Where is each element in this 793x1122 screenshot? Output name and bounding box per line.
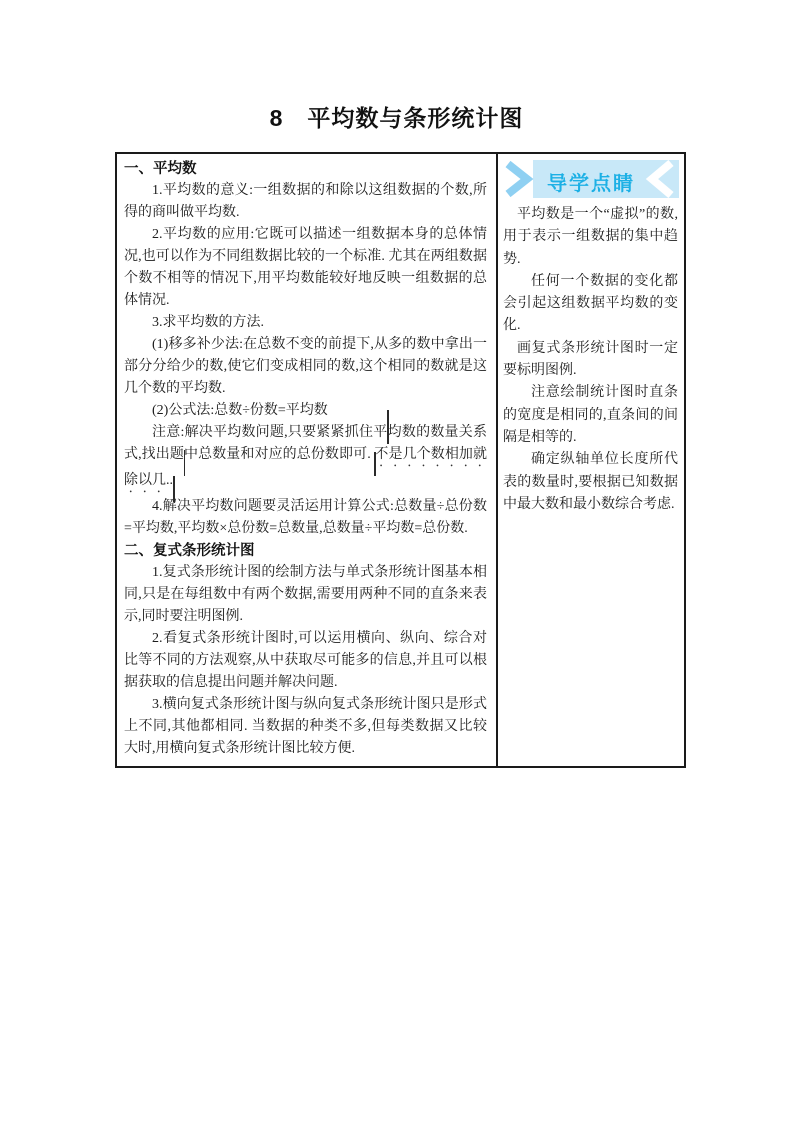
sidebar-note-legend: 画复式条形统计图时一定要标明图例. (503, 338, 678, 383)
summary-table: 一、平均数 1.平均数的意义:一组数据的和除以这组数据的个数,所得的商叫做平均数… (115, 152, 686, 768)
section1-heading: 一、平均数 (124, 158, 487, 180)
sidebar-note-axis: 确定纵轴单位长度所代表的数量时,要根据已知数据中最大数和最小数综合考虑. (503, 449, 678, 516)
notice-text-1: 注意:解决平均数问题,只要紧紧抓住平 (152, 425, 387, 440)
main-notes-column: 一、平均数 1.平均数的意义:一组数据的和除以这组数据的个数,所得的商叫做平均数… (117, 154, 498, 766)
notice-paragraph: 注意:解决平均数问题,只要紧紧抓住平均数的数量关系式,找出题中总数量和对应的总份… (124, 422, 487, 496)
paragraph-method-shift: (1)移多补少法:在总数不变的前提下,从多的数中拿出一部分分给少的数,使它们变成… (124, 334, 487, 400)
paragraph-average-formulas: 4.解决平均数问题要灵活运用计算公式:总数量÷总份数=平均数,平均数×总份数=总… (124, 496, 487, 540)
sidebar-note-barwidth: 注意绘制统计图时直条的宽度是相同的,直条间的间隔是相等的. (503, 382, 678, 449)
paragraph-method-formula: (2)公式法:总数÷份数=平均数 (124, 400, 487, 422)
paragraph-compound-drawing: 1.复式条形统计图的绘制方法与单式条形统计图基本相同,只是在每组数中有两个数据,… (124, 562, 487, 628)
guide-banner: 导学点睛 (503, 160, 679, 198)
document-page: 8 平均数与条形统计图 一、平均数 1.平均数的意义:一组数据的和除以这组数据的… (0, 0, 793, 133)
paragraph-compound-orientation: 3.横向复式条形统计图与纵向复式条形统计图只是形式上不同,其他都相同. 当数据的… (124, 694, 487, 760)
sidebar-note-virtual: 平均数是一个“虚拟”的数,用于表示一组数据的集中趋势. (503, 204, 678, 271)
sidebar-column: 导学点睛 平均数是一个“虚拟”的数,用于表示一组数据的集中趋势. 任何一个数据的… (498, 154, 684, 766)
notice-text-tail: .. (166, 473, 173, 488)
paragraph-compound-reading: 2.看复式条形统计图时,可以运用横向、纵向、综合对比等不同的方法观察,从中获取尽… (124, 628, 487, 694)
section2-heading: 二、复式条形统计图 (124, 540, 487, 562)
paragraph-average-application: 2.平均数的应用:它既可以描述一组数据本身的总体情况,也可以作为不同组数据比较的… (124, 224, 487, 312)
sidebar-note-change: 任何一个数据的变化都会引起这组数据平均数的变化. (503, 271, 678, 338)
page-title: 8 平均数与条形统计图 (0, 0, 793, 133)
notice-text-3: 中总数量和对应的总份数即可. (184, 447, 374, 462)
guide-banner-title: 导学点睛 (503, 167, 679, 196)
paragraph-average-meaning: 1.平均数的意义:一组数据的和除以这组数据的个数,所得的商叫做平均数. (124, 180, 487, 224)
paragraph-average-methods: 3.求平均数的方法. (124, 312, 487, 334)
